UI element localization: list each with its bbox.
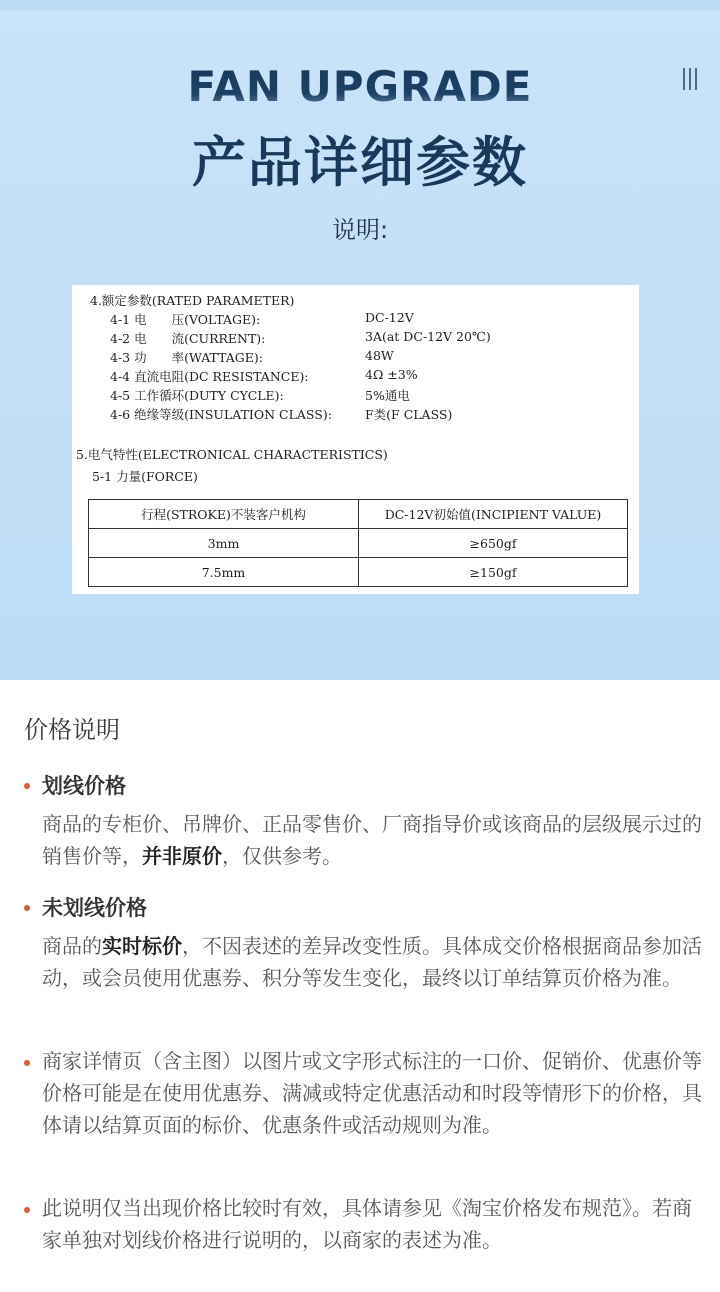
item-text: 商品的实时标价，不因表述的差异改变性质。具体成交价格根据商品参加活动，或会员使用… [42, 930, 702, 994]
item-text: 此说明仅当出现价格比较时有效，具体请参见《淘宝价格发布规范》。若商家单独对划线价… [42, 1192, 702, 1256]
price-explanation: 价格说明 划线价格 商品的专柜价、吊牌价、正品零售价、厂商指导价或该商品的层级展… [0, 680, 720, 1292]
param-value: F类(F CLASS) [365, 405, 452, 423]
table-cell: ≥150gf [359, 558, 628, 587]
item-text: 商品的专柜价、吊牌价、正品零售价、厂商指导价或该商品的层级展示过的销售价等，并非… [42, 808, 702, 872]
param-key: 4-1 电 压(VOLTAGE): [110, 310, 260, 328]
section5-title: 5.电气特性(ELECTRONICAL CHARACTERISTICS) [76, 445, 388, 463]
section5-subtitle: 5-1 力量(FORCE) [92, 467, 198, 485]
hero-banner: FAN UPGRADE 产品详细参数 说明: 4.额定参数(RATED PARA… [0, 0, 720, 680]
param-value: 5%通电 [365, 386, 410, 404]
item-text: 商家详情页（含主图）以图片或文字形式标注的一口价、促销价、优惠价等价格可能是在使… [42, 1045, 702, 1141]
table-cell: 3mm [89, 529, 359, 558]
price-title: 价格说明 [24, 710, 120, 745]
param-key: 4-3 功 率(WATTAGE): [110, 348, 263, 366]
param-value: 48W [365, 348, 394, 363]
title-chinese: 产品详细参数 [0, 120, 720, 197]
param-value: 3A(at DC-12V 20℃) [365, 329, 491, 344]
spec-sheet: 4.额定参数(RATED PARAMETER) 4-1 电 压(VOLTAGE)… [72, 285, 639, 594]
bullet-icon [24, 783, 30, 789]
item-heading: 未划线价格 [42, 892, 147, 922]
table-row: 3mm ≥650gf [89, 529, 628, 558]
table-cell: 7.5mm [89, 558, 359, 587]
param-key: 4-4 直流电阻(DC RESISTANCE): [110, 367, 309, 385]
table-header: 行程(STROKE)不装客户机构 [89, 500, 359, 529]
table-cell: ≥650gf [359, 529, 628, 558]
table-header: DC-12V初始值(INCIPIENT VALUE) [359, 500, 628, 529]
param-key: 4-6 绝缘等级(INSULATION CLASS): [110, 405, 332, 423]
param-value: DC-12V [365, 310, 414, 325]
menu-icon[interactable] [683, 68, 703, 90]
subtitle: 说明: [0, 210, 720, 245]
bullet-icon [24, 905, 30, 911]
bullet-icon [24, 1207, 30, 1213]
force-table: 行程(STROKE)不装客户机构 DC-12V初始值(INCIPIENT VAL… [88, 499, 628, 587]
param-key: 4-5 工作循环(DUTY CYCLE): [110, 386, 284, 404]
bullet-icon [24, 1060, 30, 1066]
title-english: FAN UPGRADE [0, 62, 720, 111]
param-value: 4Ω ±3% [365, 367, 418, 382]
section4-title: 4.额定参数(RATED PARAMETER) [90, 291, 294, 309]
param-key: 4-2 电 流(CURRENT): [110, 329, 265, 347]
table-row: 7.5mm ≥150gf [89, 558, 628, 587]
item-heading: 划线价格 [42, 770, 126, 800]
table-header-row: 行程(STROKE)不装客户机构 DC-12V初始值(INCIPIENT VAL… [89, 500, 628, 529]
